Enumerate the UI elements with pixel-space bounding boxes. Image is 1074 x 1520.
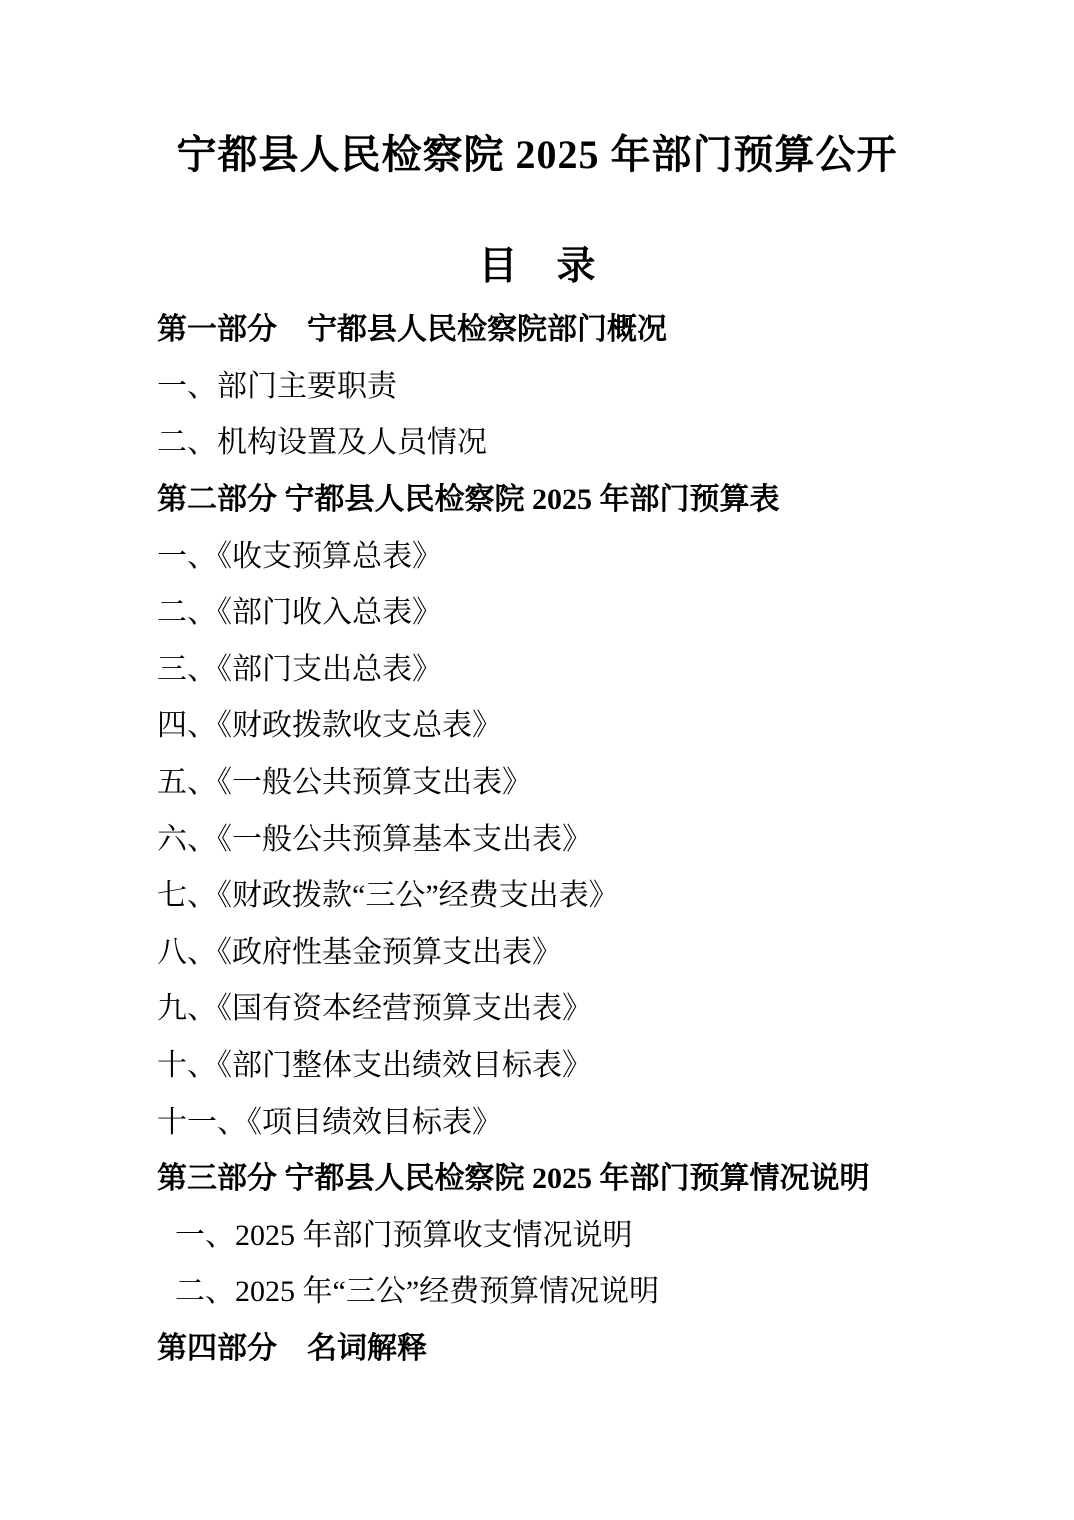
toc-item: 二、《部门收入总表》 bbox=[0, 581, 1074, 638]
toc-entry-label: 第一部分 宁都县人民检察院部门概况 bbox=[157, 304, 667, 348]
toc-item: 八、《政府性基金预算支出表》 bbox=[0, 921, 1074, 978]
toc-item: 十、《部门整体支出绩效目标表》 bbox=[0, 1034, 1074, 1091]
toc-entry-label: 第四部分 名词解释 bbox=[157, 1323, 427, 1367]
toc-entry-label: 二、机构设置及人员情况 bbox=[157, 417, 487, 461]
toc-item: 二、2025 年“三公”经费预算情况说明 bbox=[0, 1260, 1074, 1317]
toc-entry-label: 十、《部门整体支出绩效目标表》 bbox=[157, 1040, 592, 1084]
toc-item: 一、部门主要职责 bbox=[0, 355, 1074, 412]
toc-item: 三、《部门支出总表》 bbox=[0, 638, 1074, 695]
toc-entry-label: 十一、《项目绩效目标表》 bbox=[157, 1097, 502, 1141]
toc-entry-label: 三、《部门支出总表》 bbox=[157, 644, 442, 688]
toc-entry-label: 二、《部门收入总表》 bbox=[157, 587, 442, 631]
toc-item: 四、《财政拨款收支总表》 bbox=[0, 694, 1074, 751]
toc-entry-label: 七、《财政拨款“三公”经费支出表》 bbox=[157, 870, 619, 914]
toc-entry-label: 八、《政府性基金预算支出表》 bbox=[157, 927, 562, 971]
toc-entry-label: 第三部分 宁都县人民检察院 2025 年部门预算情况说明 bbox=[157, 1153, 870, 1197]
toc-section-heading: 第三部分 宁都县人民检察院 2025 年部门预算情况说明 bbox=[0, 1147, 1074, 1204]
toc-entry-label: 二、2025 年“三公”经费预算情况说明 bbox=[175, 1266, 659, 1310]
toc-item: 六、《一般公共预算基本支出表》 bbox=[0, 807, 1074, 864]
document-title: 宁都县人民检察院 2025 年部门预算公开 bbox=[0, 0, 1074, 182]
toc-heading: 目 录 bbox=[0, 182, 1074, 294]
toc-item: 七、《财政拨款“三公”经费支出表》 bbox=[0, 864, 1074, 921]
toc-section-heading: 第四部分 名词解释 bbox=[0, 1317, 1074, 1374]
toc-item: 五、《一般公共预算支出表》 bbox=[0, 751, 1074, 808]
document-page: 宁都县人民检察院 2025 年部门预算公开 目 录 第一部分 宁都县人民检察院部… bbox=[0, 0, 1074, 1520]
toc-item: 二、机构设置及人员情况 bbox=[0, 411, 1074, 468]
toc-section-heading: 第二部分 宁都县人民检察院 2025 年部门预算表 bbox=[0, 468, 1074, 525]
toc-entry-label: 九、《国有资本经营预算支出表》 bbox=[157, 983, 592, 1027]
toc-entry-label: 五、《一般公共预算支出表》 bbox=[157, 757, 532, 801]
toc-entry-label: 六、《一般公共预算基本支出表》 bbox=[157, 814, 592, 858]
toc-entry-label: 一、部门主要职责 bbox=[157, 361, 397, 405]
toc-entry-label: 一、《收支预算总表》 bbox=[157, 531, 442, 575]
toc-item: 九、《国有资本经营预算支出表》 bbox=[0, 977, 1074, 1034]
toc-item: 一、《收支预算总表》 bbox=[0, 524, 1074, 581]
toc-entry-label: 一、2025 年部门预算收支情况说明 bbox=[175, 1210, 633, 1254]
toc-item: 十一、《项目绩效目标表》 bbox=[0, 1090, 1074, 1147]
toc-list: 第一部分 宁都县人民检察院部门概况一、部门主要职责二、机构设置及人员情况第二部分… bbox=[0, 294, 1074, 1373]
toc-section-heading: 第一部分 宁都县人民检察院部门概况 bbox=[0, 298, 1074, 355]
toc-item: 一、2025 年部门预算收支情况说明 bbox=[0, 1204, 1074, 1261]
toc-entry-label: 四、《财政拨款收支总表》 bbox=[157, 700, 502, 744]
toc-entry-label: 第二部分 宁都县人民检察院 2025 年部门预算表 bbox=[157, 474, 780, 518]
